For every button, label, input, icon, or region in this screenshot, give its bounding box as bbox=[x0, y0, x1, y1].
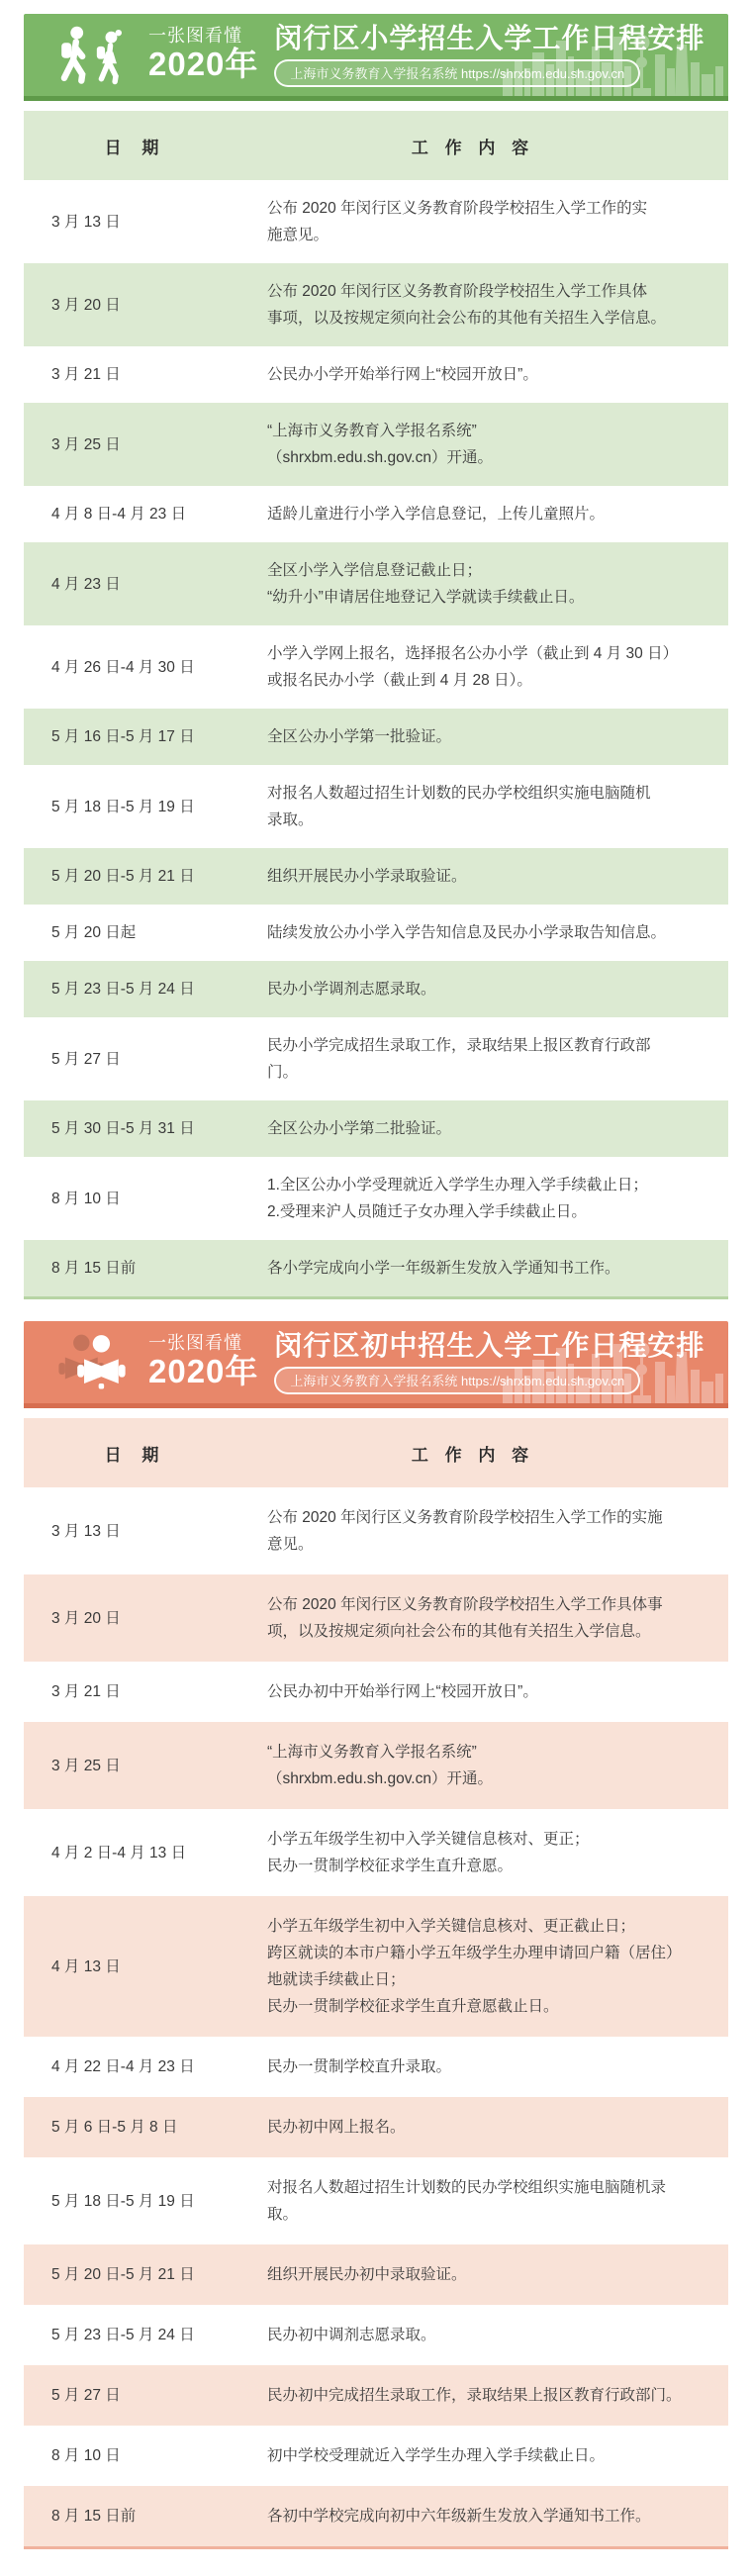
content-cell: 民办小学完成招生录取工作，录取结果上报区教育行政部 门。 bbox=[247, 1032, 728, 1086]
content-cell: 各小学完成向小学一年级新生发放入学通知书工作。 bbox=[247, 1255, 728, 1282]
content-cell: 公布 2020 年闵行区义务教育阶段学校招生入学工作的实施 意见。 bbox=[247, 1504, 728, 1558]
title-block: 闵行区小学招生入学工作日程安排 上海市义务教育入学报名系统 https://sh… bbox=[274, 23, 705, 87]
content-cell: 小学入学网上报名，选择报名公办小学（截止到 4 月 30 日） 或报名民办小学（… bbox=[247, 640, 728, 694]
title-block: 闵行区初中招生入学工作日程安排 上海市义务教育入学报名系统 https://sh… bbox=[274, 1330, 705, 1394]
schedule-row: 3 月 21 日公民办初中开始举行网上“校园开放日”。 bbox=[24, 1662, 728, 1722]
tagline-text: 一张图看懂 bbox=[148, 1334, 258, 1354]
schedule-row: 8 月 15 日前各小学完成向小学一年级新生发放入学通知书工作。 bbox=[24, 1240, 728, 1296]
content-cell: “上海市义务教育入学报名系统” （shrxbm.edu.sh.gov.cn）开通… bbox=[247, 418, 728, 471]
schedule-row: 5 月 27 日民办小学完成招生录取工作，录取结果上报区教育行政部 门。 bbox=[24, 1017, 728, 1100]
schedule-row: 5 月 20 日起陆续发放公办小学入学告知信息及民办小学录取告知信息。 bbox=[24, 905, 728, 961]
schedule-row: 5 月 23 日-5 月 24 日民办小学调剂志愿录取。 bbox=[24, 961, 728, 1017]
date-cell: 5 月 18 日-5 月 19 日 bbox=[24, 2188, 247, 2215]
content-cell: 陆续发放公办小学入学告知信息及民办小学录取告知信息。 bbox=[247, 919, 728, 946]
date-cell: 3 月 13 日 bbox=[24, 1518, 247, 1545]
date-cell: 5 月 20 日-5 月 21 日 bbox=[24, 863, 247, 890]
date-cell: 3 月 20 日 bbox=[24, 1605, 247, 1632]
content-cell: 小学五年级学生初中入学关键信息核对、更正； 民办一贯制学校征求学生直升意愿。 bbox=[247, 1826, 728, 1879]
content-column-header: 工 作 内 容 bbox=[247, 1441, 728, 1466]
content-cell: 公民办小学开始举行网上“校园开放日”。 bbox=[247, 361, 728, 388]
schedule-row: 5 月 18 日-5 月 19 日对报名人数超过招生计划数的民办学校组织实施电脑… bbox=[24, 2157, 728, 2244]
content-cell: 公布 2020 年闵行区义务教育阶段学校招生入学工作的实 施意见。 bbox=[247, 195, 728, 248]
schedule-row: 5 月 18 日-5 月 19 日对报名人数超过招生计划数的民办学校组织实施电脑… bbox=[24, 765, 728, 848]
date-cell: 8 月 15 日前 bbox=[24, 1255, 247, 1282]
date-cell: 5 月 18 日-5 月 19 日 bbox=[24, 794, 247, 820]
schedule-row: 3 月 13 日公布 2020 年闵行区义务教育阶段学校招生入学工作的实施 意见… bbox=[24, 1487, 728, 1574]
date-cell: 3 月 13 日 bbox=[24, 209, 247, 236]
primary-school-schedule-board: 一张图看懂 2020年 闵行区小学招生入学工作日程安排 上海市义务教育入学报名系… bbox=[24, 0, 728, 1299]
schedule-row: 4 月 13 日小学五年级学生初中入学关键信息核对、更正截止日； 跨区就读的本市… bbox=[24, 1896, 728, 2037]
schedule-row: 5 月 20 日-5 月 21 日组织开展民办小学录取验证。 bbox=[24, 848, 728, 905]
schedule-row: 3 月 25 日“上海市义务教育入学报名系统” （shrxbm.edu.sh.g… bbox=[24, 1722, 728, 1809]
content-cell: 对报名人数超过招生计划数的民办学校组织实施电脑随机录 取。 bbox=[247, 2174, 728, 2228]
content-cell: 对报名人数超过招生计划数的民办学校组织实施电脑随机 录取。 bbox=[247, 780, 728, 833]
date-cell: 3 月 20 日 bbox=[24, 292, 247, 319]
tagline-block: 一张图看懂 2020年 bbox=[148, 1334, 258, 1389]
schedule-row: 3 月 20 日公布 2020 年闵行区义务教育阶段学校招生入学工作具体 事项，… bbox=[24, 263, 728, 346]
content-cell: 公布 2020 年闵行区义务教育阶段学校招生入学工作具体事 项，以及按规定须向社… bbox=[247, 1591, 728, 1645]
date-cell: 5 月 20 日起 bbox=[24, 919, 247, 946]
schedule-row: 4 月 22 日-4 月 23 日民办一贯制学校直升录取。 bbox=[24, 2037, 728, 2097]
schedule-row: 5 月 30 日-5 月 31 日全区公办小学第二批验证。 bbox=[24, 1100, 728, 1157]
content-cell: “上海市义务教育入学报名系统” （shrxbm.edu.sh.gov.cn）开通… bbox=[247, 1739, 728, 1792]
year-text: 2020年 bbox=[148, 47, 258, 82]
date-cell: 3 月 21 日 bbox=[24, 361, 247, 388]
schedule-row: 4 月 23 日全区小学入学信息登记截止日； “幼升小”申请居住地登记入学就读手… bbox=[24, 542, 728, 625]
content-cell: 公布 2020 年闵行区义务教育阶段学校招生入学工作具体 事项，以及按规定须向社… bbox=[247, 278, 728, 332]
content-cell: 全区公办小学第一批验证。 bbox=[247, 723, 728, 750]
schedule-row: 5 月 20 日-5 月 21 日组织开展民办初中录取验证。 bbox=[24, 2244, 728, 2305]
content-cell: 全区公办小学第二批验证。 bbox=[247, 1115, 728, 1142]
registration-system-pill: 上海市义务教育入学报名系统 https://shrxbm.edu.sh.gov.… bbox=[274, 1367, 640, 1394]
year-text: 2020年 bbox=[148, 1354, 258, 1389]
date-cell: 5 月 27 日 bbox=[24, 1046, 247, 1073]
content-cell: 公民办初中开始举行网上“校园开放日”。 bbox=[247, 1678, 728, 1705]
date-cell: 3 月 21 日 bbox=[24, 1678, 247, 1705]
date-cell: 5 月 20 日-5 月 21 日 bbox=[24, 2261, 247, 2288]
schedule-row: 4 月 2 日-4 月 13 日小学五年级学生初中入学关键信息核对、更正； 民办… bbox=[24, 1809, 728, 1896]
date-cell: 5 月 30 日-5 月 31 日 bbox=[24, 1115, 247, 1142]
content-cell: 各初中学校完成向初中六年级新生发放入学通知书工作。 bbox=[247, 2503, 728, 2529]
schedule-rows: 3 月 13 日公布 2020 年闵行区义务教育阶段学校招生入学工作的实 施意见… bbox=[24, 180, 728, 1299]
board-title: 闵行区初中招生入学工作日程安排 bbox=[274, 1330, 705, 1362]
schedule-row: 4 月 8 日-4 月 23 日适龄儿童进行小学入学信息登记，上传儿童照片。 bbox=[24, 486, 728, 542]
schedule-row: 8 月 10 日初中学校受理就近入学学生办理入学手续截止日。 bbox=[24, 2426, 728, 2486]
date-cell: 4 月 26 日-4 月 30 日 bbox=[24, 654, 247, 681]
content-column-header: 工 作 内 容 bbox=[247, 134, 728, 158]
date-cell: 8 月 10 日 bbox=[24, 1186, 247, 1212]
tagline-text: 一张图看懂 bbox=[148, 27, 258, 47]
date-cell: 5 月 23 日-5 月 24 日 bbox=[24, 976, 247, 1002]
students-walking-icon bbox=[51, 24, 139, 87]
schedule-row: 3 月 25 日“上海市义务教育入学报名系统” （shrxbm.edu.sh.g… bbox=[24, 403, 728, 486]
student-reading-icon bbox=[51, 1331, 139, 1394]
schedule-row: 3 月 20 日公布 2020 年闵行区义务教育阶段学校招生入学工作具体事 项，… bbox=[24, 1574, 728, 1662]
content-cell: 民办一贯制学校直升录取。 bbox=[247, 2053, 728, 2080]
date-cell: 4 月 13 日 bbox=[24, 1954, 247, 1980]
date-cell: 3 月 25 日 bbox=[24, 1753, 247, 1779]
content-cell: 小学五年级学生初中入学关键信息核对、更正截止日； 跨区就读的本市户籍小学五年级学… bbox=[247, 1913, 728, 2020]
registration-system-pill: 上海市义务教育入学报名系统 https://shrxbm.edu.sh.gov.… bbox=[274, 59, 640, 87]
date-cell: 8 月 10 日 bbox=[24, 2442, 247, 2469]
middle-school-schedule-board: 一张图看懂 2020年 闵行区初中招生入学工作日程安排 上海市义务教育入学报名系… bbox=[24, 1321, 728, 2549]
schedule-row: 8 月 10 日1.全区公办小学受理就近入学学生办理入学手续截止日； 2.受理来… bbox=[24, 1157, 728, 1240]
date-cell: 4 月 2 日-4 月 13 日 bbox=[24, 1840, 247, 1866]
date-cell: 4 月 23 日 bbox=[24, 571, 247, 598]
schedule-row: 4 月 26 日-4 月 30 日小学入学网上报名，选择报名公办小学（截止到 4… bbox=[24, 625, 728, 709]
content-cell: 组织开展民办小学录取验证。 bbox=[247, 863, 728, 890]
date-cell: 8 月 15 日前 bbox=[24, 2503, 247, 2529]
content-cell: 民办初中调剂志愿录取。 bbox=[247, 2322, 728, 2348]
content-cell: 适龄儿童进行小学入学信息登记，上传儿童照片。 bbox=[247, 501, 728, 527]
date-column-header: 日 期 bbox=[24, 134, 247, 158]
schedule-row: 5 月 23 日-5 月 24 日民办初中调剂志愿录取。 bbox=[24, 2305, 728, 2365]
content-cell: 1.全区公办小学受理就近入学学生办理入学手续截止日； 2.受理来沪人员随迁子女办… bbox=[247, 1172, 728, 1225]
content-cell: 全区小学入学信息登记截止日； “幼升小”申请居住地登记入学就读手续截止日。 bbox=[247, 557, 728, 611]
schedule-row: 3 月 21 日公民办小学开始举行网上“校园开放日”。 bbox=[24, 346, 728, 403]
date-cell: 5 月 27 日 bbox=[24, 2382, 247, 2409]
schedule-row: 3 月 13 日公布 2020 年闵行区义务教育阶段学校招生入学工作的实 施意见… bbox=[24, 180, 728, 263]
date-column-header: 日 期 bbox=[24, 1441, 247, 1466]
content-cell: 初中学校受理就近入学学生办理入学手续截止日。 bbox=[247, 2442, 728, 2469]
date-cell: 3 月 25 日 bbox=[24, 431, 247, 458]
board-title: 闵行区小学招生入学工作日程安排 bbox=[274, 23, 705, 54]
date-cell: 4 月 22 日-4 月 23 日 bbox=[24, 2053, 247, 2080]
schedule-rows: 3 月 13 日公布 2020 年闵行区义务教育阶段学校招生入学工作的实施 意见… bbox=[24, 1487, 728, 2549]
date-cell: 4 月 8 日-4 月 23 日 bbox=[24, 501, 247, 527]
content-cell: 民办初中完成招生录取工作，录取结果上报区教育行政部门。 bbox=[247, 2382, 728, 2409]
table-header-row: 日 期 工 作 内 容 bbox=[24, 1418, 728, 1487]
content-cell: 组织开展民办初中录取验证。 bbox=[247, 2261, 728, 2288]
date-cell: 5 月 6 日-5 月 8 日 bbox=[24, 2114, 247, 2141]
middle-banner: 一张图看懂 2020年 闵行区初中招生入学工作日程安排 上海市义务教育入学报名系… bbox=[24, 1321, 728, 1408]
date-cell: 5 月 23 日-5 月 24 日 bbox=[24, 2322, 247, 2348]
tagline-block: 一张图看懂 2020年 bbox=[148, 27, 258, 82]
date-cell: 5 月 16 日-5 月 17 日 bbox=[24, 723, 247, 750]
schedule-row: 5 月 16 日-5 月 17 日全区公办小学第一批验证。 bbox=[24, 709, 728, 765]
primary-banner: 一张图看懂 2020年 闵行区小学招生入学工作日程安排 上海市义务教育入学报名系… bbox=[24, 14, 728, 101]
schedule-row: 5 月 27 日民办初中完成招生录取工作，录取结果上报区教育行政部门。 bbox=[24, 2365, 728, 2426]
content-cell: 民办初中网上报名。 bbox=[247, 2114, 728, 2141]
schedule-row: 5 月 6 日-5 月 8 日民办初中网上报名。 bbox=[24, 2097, 728, 2157]
table-header-row: 日 期 工 作 内 容 bbox=[24, 111, 728, 180]
schedule-row: 8 月 15 日前各初中学校完成向初中六年级新生发放入学通知书工作。 bbox=[24, 2486, 728, 2546]
content-cell: 民办小学调剂志愿录取。 bbox=[247, 976, 728, 1002]
